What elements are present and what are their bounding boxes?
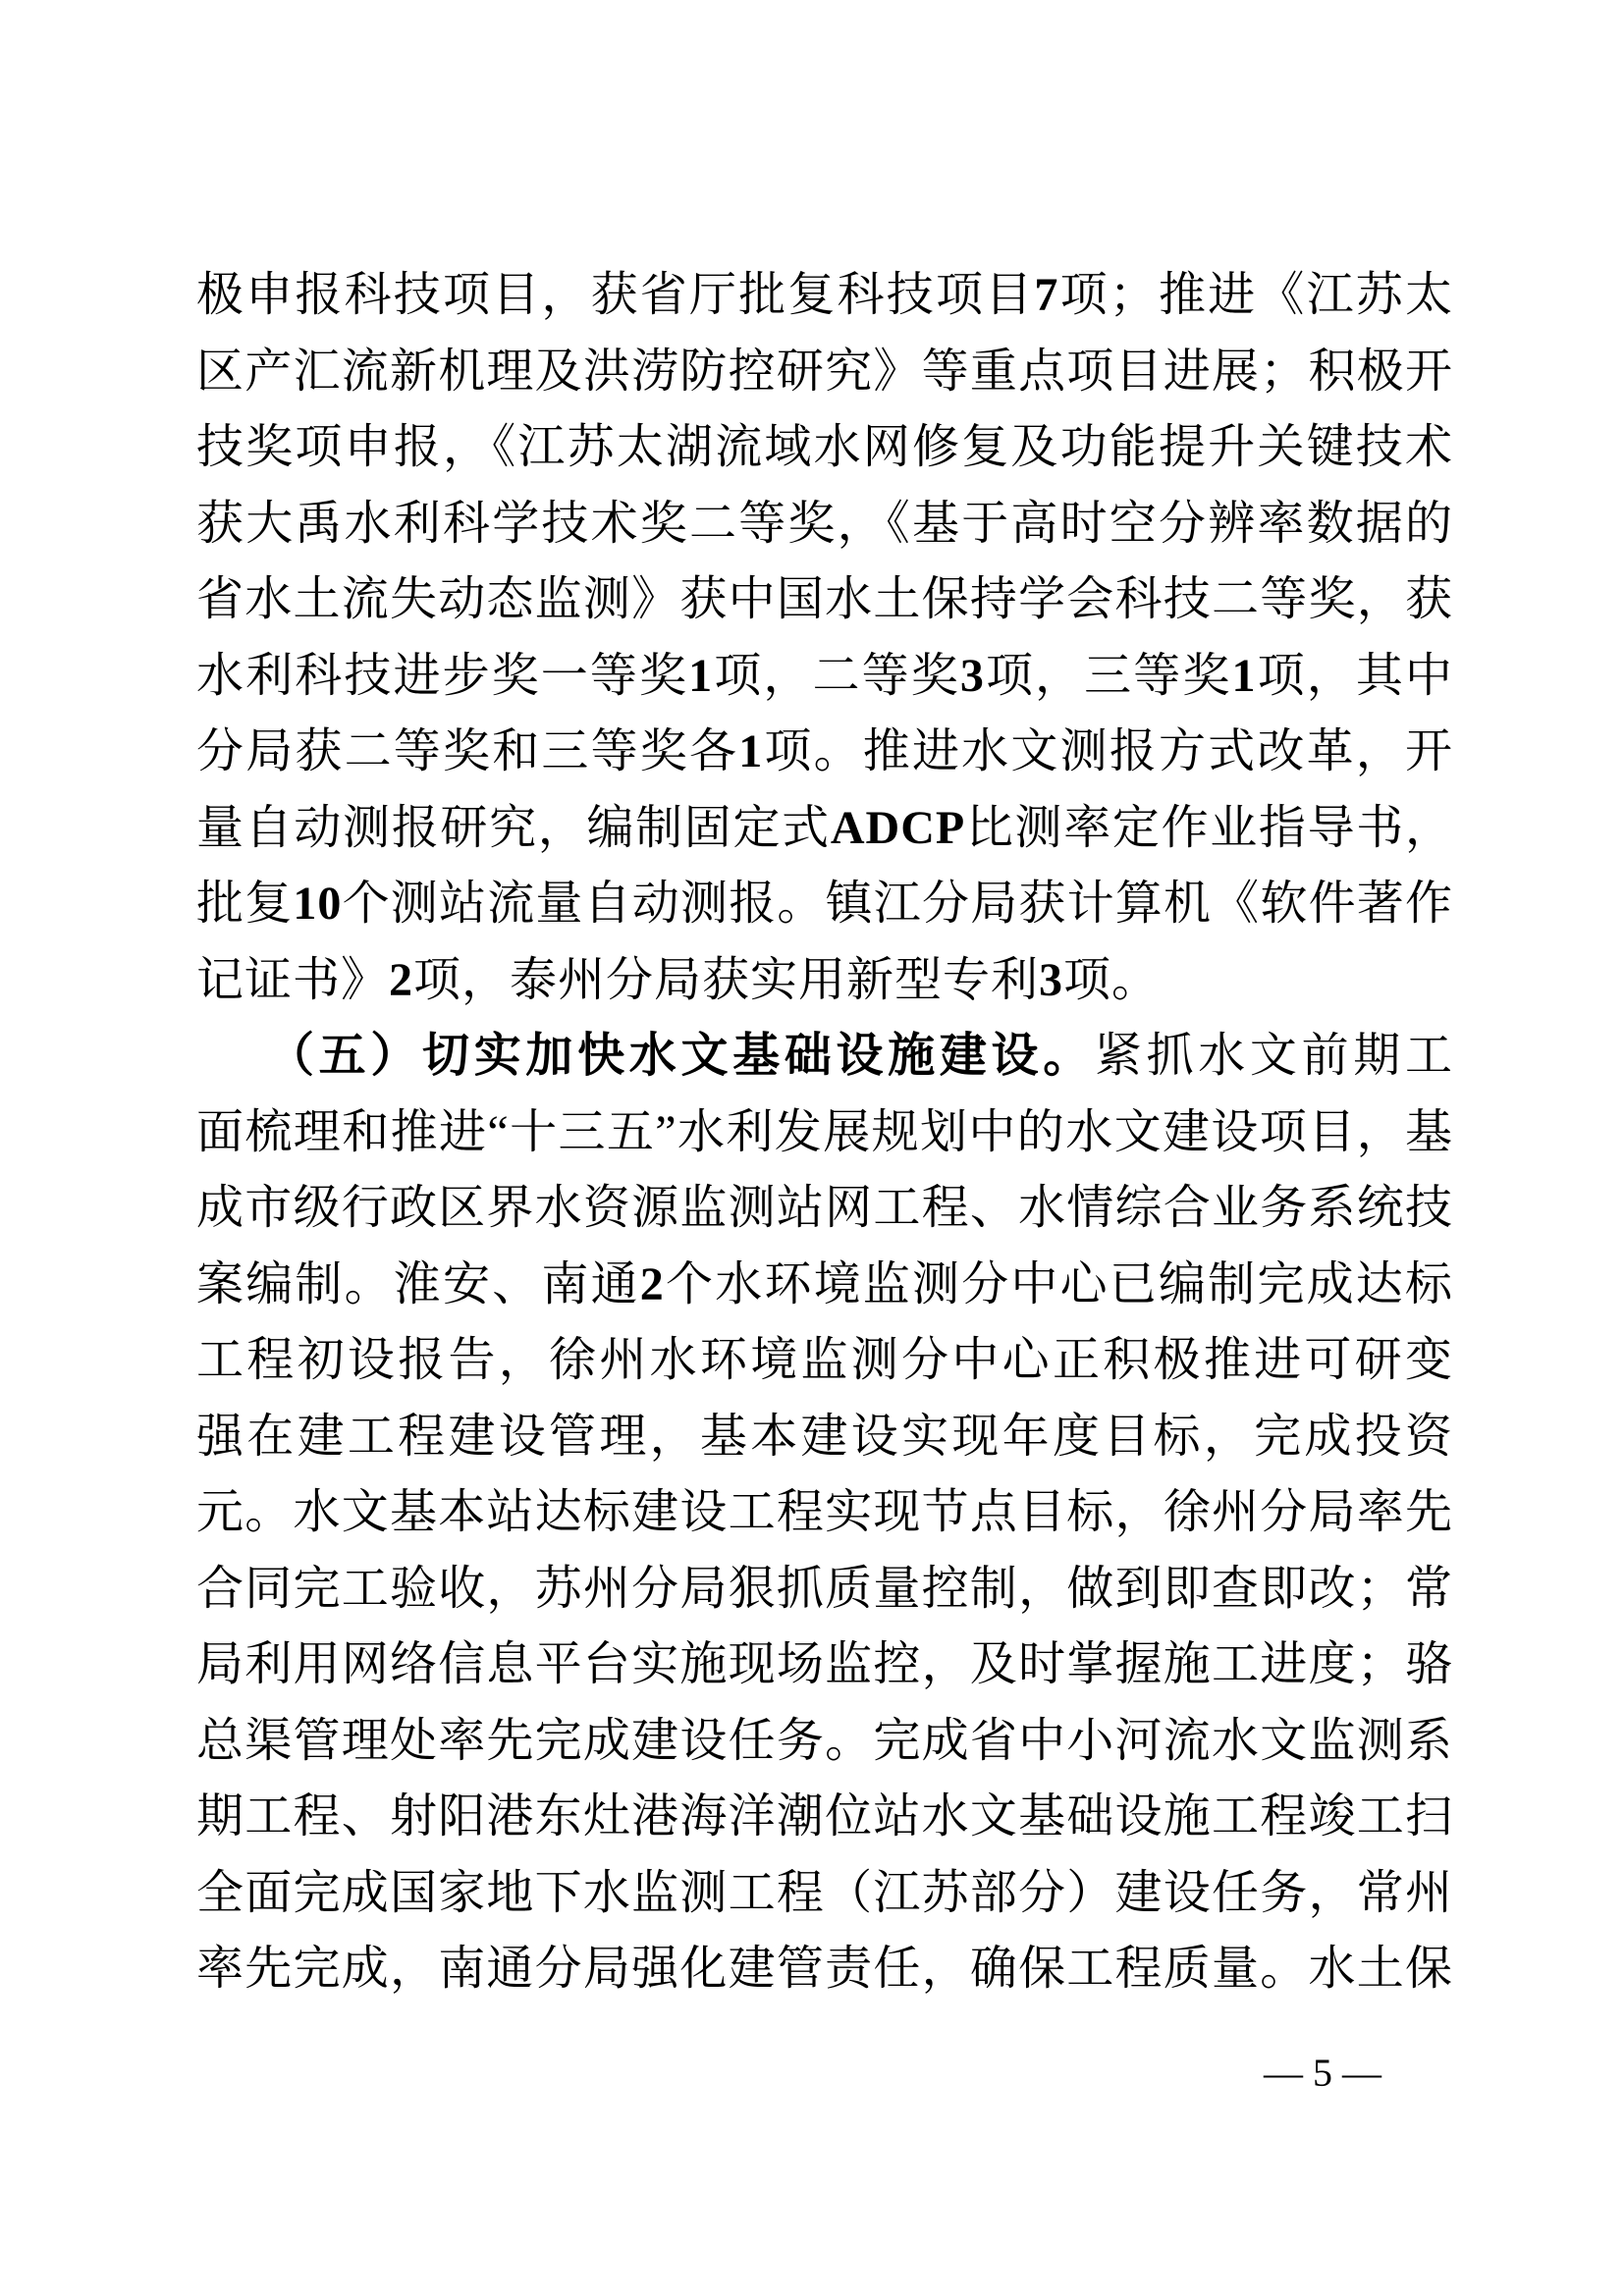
text-segment: 记证书》 [196, 954, 389, 1006]
text-segment: 项。 [1063, 954, 1160, 1006]
text-line: 总渠管理处率先完成建设任务。完成省中小河流水文监测系统二 [196, 1703, 1453, 1780]
document-page: 极申报科技项目，获省厅批复科技项目7项；推进《江苏太湖地区产汇流新机理及洪涝防控… [0, 0, 1624, 2296]
text-line: 工程初设报告，徐州水环境监测分中心正积极推进可研变更。加 [196, 1322, 1453, 1399]
emphasized-number: 1 [1232, 650, 1257, 702]
text-line: 分局获二等奖和三等奖各1项。推进水文测报方式改革，开展流 [196, 714, 1453, 790]
page-footer: — 5 — [1239, 2044, 1406, 2103]
emphasized-number: 2 [389, 954, 413, 1006]
text-line: 省水土流失动态监测》获中国水土保持学会科技二等奖，获得省 [196, 561, 1453, 638]
text-line: 元。水文基本站达标建设工程实现节点目标，徐州分局率先完成 [196, 1474, 1453, 1551]
text-segment: 案编制。淮安、南通 [196, 1258, 640, 1310]
text-segment: 局利用网络信息平台实施现场监控，及时掌握施工进度；骆运、 [196, 1638, 1453, 1703]
text-segment: 成市级行政区界水资源监测站网工程、水情综合业务系统技术方 [196, 1182, 1453, 1247]
emphasized-number: 1 [688, 650, 713, 702]
text-segment: 技奖项申报，《江苏太湖流域水网修复及功能提升关键技术研究》 [196, 421, 1453, 486]
document-body: 极申报科技项目，获省厅批复科技项目7项；推进《江苏太湖地区产汇流新机理及洪涝防控… [196, 257, 1453, 2007]
emphasized-number: 10 [293, 878, 342, 930]
text-line: 面梳理和推进“十三五”水利发展规划中的水文建设项目，基本完 [196, 1095, 1453, 1171]
page-number: — 5 — [1264, 2051, 1381, 2095]
text-segment: 项，三等奖 [985, 650, 1232, 702]
text-segment: 获大禹水利科学技术奖二等奖，《基于高时空分辨率数据的江苏 [196, 498, 1453, 562]
text-line: 水利科技进步奖一等奖1项，二等奖3项，三等奖1项，其中南通 [196, 638, 1453, 715]
text-segment: 全面完成国家地下水监测工程（江苏部分）建设任务，常州分局 [196, 1867, 1453, 1932]
text-line: （五）切实加快水文基础设施建设。紧抓水文前期工作，全 [196, 1018, 1453, 1095]
text-line: 案编制。淮安、南通2个水环境监测分中心已编制完成达标建设 [196, 1247, 1453, 1323]
paragraph-science-tech-awards: 极申报科技项目，获省厅批复科技项目7项；推进《江苏太湖地区产汇流新机理及洪涝防控… [196, 257, 1453, 1018]
paragraph-hydrology-infrastructure: （五）切实加快水文基础设施建设。紧抓水文前期工作，全面梳理和推进“十三五”水利发… [196, 1018, 1453, 2007]
emphasized-number: 2 [640, 1258, 665, 1310]
text-segment: 批复 [196, 878, 293, 930]
text-segment: 率先完成，南通分局强化建管责任，确保工程质量。水土保持监 [196, 1943, 1453, 2007]
text-segment: 强在建工程建设管理，基本建设实现年度目标，完成投资 [196, 1411, 1453, 1463]
text-line: 局利用网络信息平台实施现场监控，及时掌握施工进度；骆运、 [196, 1627, 1453, 1703]
text-segment: 极申报科技项目，获省厅批复科技项目 [196, 269, 1034, 321]
section-heading: （五）切实加快水文基础设施建设。 [267, 1030, 1095, 1082]
text-segment: 个测站流量自动测报。镇江分局获计算机《软件著作权登 [196, 878, 1453, 942]
text-line: 获大禹水利科学技术奖二等奖，《基于高时空分辨率数据的江苏 [196, 486, 1453, 562]
text-segment: 项，二等奖 [713, 650, 960, 702]
text-segment: 工程初设报告，徐州水环境监测分中心正积极推进可研变更。加 [196, 1334, 1453, 1399]
text-segment: 总渠管理处率先完成建设任务。完成省中小河流水文监测系统二 [196, 1715, 1453, 1780]
text-segment: 元。水文基本站达标建设工程实现节点目标，徐州分局率先完成 [196, 1486, 1453, 1551]
text-line: 强在建工程建设管理，基本建设实现年度目标，完成投资6700万 [196, 1399, 1453, 1475]
text-line: 区产汇流新机理及洪涝防控研究》等重点项目进展；积极开展科 [196, 334, 1453, 410]
text-line: 记证书》2项，泰州分局获实用新型专利3项。 [196, 942, 1453, 1019]
emphasized-number: 3 [1039, 954, 1063, 1006]
text-line: 技奖项申报，《江苏太湖流域水网修复及功能提升关键技术研究》 [196, 409, 1453, 486]
text-segment: 项，泰州分局获实用新型专利 [413, 954, 1039, 1006]
emphasized-number: 7 [1034, 269, 1058, 321]
text-segment: 合同完工验收，苏州分局狠抓质量控制，做到即查即改；常州分 [196, 1563, 1453, 1628]
emphasized-number: 1 [738, 725, 763, 777]
text-segment: 量自动测报研究，编制固定式 [196, 802, 831, 854]
text-line: 极申报科技项目，获省厅批复科技项目7项；推进《江苏太湖地 [196, 257, 1453, 334]
text-line: 合同完工验收，苏州分局狠抓质量控制，做到即查即改；常州分 [196, 1551, 1453, 1628]
text-line: 期工程、射阳港东灶港海洋潮位站水文基础设施工程竣工扫尾。 [196, 1779, 1453, 1855]
text-segment: 水利科技进步奖一等奖 [196, 650, 688, 702]
text-segment: 面梳理和推进“十三五”水利发展规划中的水文建设项目，基本完 [196, 1106, 1453, 1171]
text-segment: 区产汇流新机理及洪涝防控研究》等重点项目进展；积极开展科 [196, 346, 1453, 410]
text-segment: 省水土流失动态监测》获中国水土保持学会科技二等奖，获得省 [196, 573, 1453, 638]
text-line: 成市级行政区界水资源监测站网工程、水情综合业务系统技术方 [196, 1170, 1453, 1247]
emphasized-number: ADCP [831, 802, 965, 854]
text-segment: 期工程、射阳港东灶港海洋潮位站水文基础设施工程竣工扫尾。 [196, 1790, 1453, 1855]
text-line: 量自动测报研究，编制固定式ADCP比测率定作业指导书，全年 [196, 790, 1453, 867]
text-line: 批复10个测站流量自动测报。镇江分局获计算机《软件著作权登 [196, 866, 1453, 942]
text-line: 率先完成，南通分局强化建管责任，确保工程质量。水土保持监 [196, 1931, 1453, 2007]
emphasized-number: 3 [960, 650, 985, 702]
text-line: 全面完成国家地下水监测工程（江苏部分）建设任务，常州分局 [196, 1855, 1453, 1932]
text-segment: 分局获二等奖和三等奖各 [196, 725, 738, 777]
